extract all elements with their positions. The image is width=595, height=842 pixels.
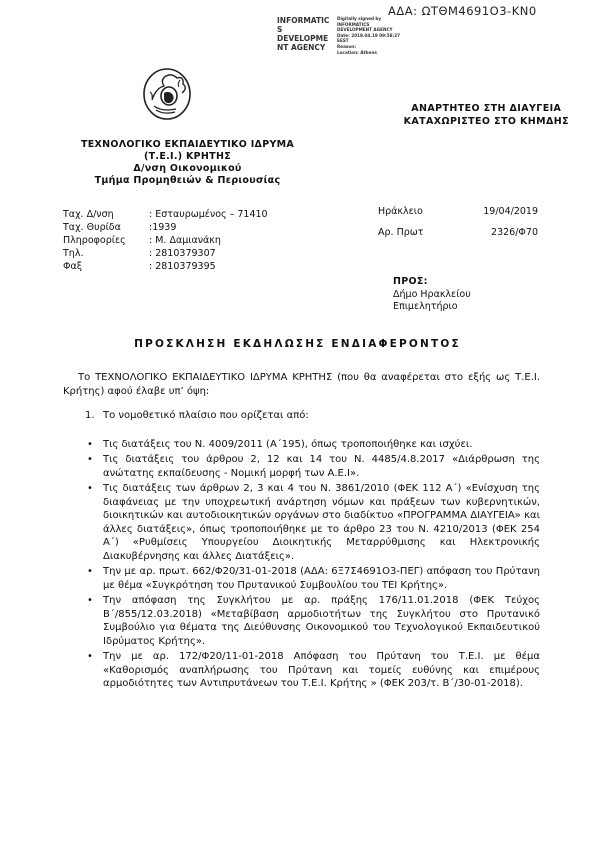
protocol-number: 2326/Φ70 xyxy=(491,227,538,238)
contact-label: Ταχ. Θυρίδα xyxy=(63,221,149,234)
city-label: Ηράκλειο xyxy=(378,206,423,217)
protocol-label: Αρ. Πρωτ xyxy=(378,227,423,238)
list-item: Την απόφαση της Συγκλήτου με αρ. πράξης … xyxy=(85,594,540,648)
institution-department: Τμήμα Προμηθειών & Περιουσίας xyxy=(50,175,325,187)
contact-label: Τηλ. xyxy=(63,247,149,260)
digital-signature-stamp: INFORMATICS DEVELOPMENT AGENCY Digitally… xyxy=(277,16,400,55)
list-item: Τις διατάξεις του Ν. 4009/2011 (Α΄195), … xyxy=(85,438,540,452)
institution-name-line-1: ΤΕΧΝΟΛΟΓΙΚΟ ΕΚΠΑΙΔΕΥΤΙΚΟ ΙΔΡΥΜΑ xyxy=(50,139,325,151)
signature-detail-line: Location: Athens xyxy=(337,50,400,56)
signature-details: Digitally signed by INFORMATICS DEVELOPM… xyxy=(337,16,400,55)
contact-value: : 2810379307 xyxy=(149,247,216,260)
numbered-item: 1. Το νομοθετικό πλαίσιο που ορίζεται απ… xyxy=(85,409,540,423)
contact-row: Τηλ. : 2810379307 xyxy=(63,247,268,260)
contact-value: : 2810379395 xyxy=(149,260,216,273)
contact-row: Πληροφορίες : Μ. Δαμιανάκη xyxy=(63,234,268,247)
contact-label: Ταχ. Δ/νση xyxy=(63,208,149,221)
diavgeia-line-2: ΚΑΤΑΧΩΡΙΣΤΕΟ ΣΤΟ ΚΗΜΔΗΣ xyxy=(404,115,569,128)
protocol-info: Ηράκλειο 19/04/2019 Αρ. Πρωτ 2326/Φ70 xyxy=(378,206,538,248)
contact-value: : Μ. Δαμιανάκη xyxy=(149,234,221,247)
recipient-block: ΠΡΟΣ: Δήμο Ηρακλείου Επιμελητήριο xyxy=(393,276,471,314)
contact-row: Ταχ. Δ/νση : Εσταυρωμένος – 71410 xyxy=(63,208,268,221)
institution-seal-icon xyxy=(142,66,192,122)
ada-code: ΑΔΑ: ΩΤΘΜ4691Ο3-ΚΝ0 xyxy=(388,4,537,18)
recipient-line: Επιμελητήριο xyxy=(393,301,471,314)
numbered-item-text: Το νομοθετικό πλαίσιο που ορίζεται από: xyxy=(103,409,309,423)
intro-paragraph: Το ΤΕΧΝΟΛΟΓΙΚΟ ΕΚΠΑΙΔΕΥΤΙΚΟ ΙΔΡΥΜΑ ΚΡΗΤΗ… xyxy=(63,371,540,398)
protocol-row-number: Αρ. Πρωτ 2326/Φ70 xyxy=(378,227,538,238)
recipient-line: Δήμο Ηρακλείου xyxy=(393,289,471,302)
document-date: 19/04/2019 xyxy=(483,206,538,217)
institution-name-line-2: (Τ.Ε.Ι.) ΚΡΗΤΗΣ xyxy=(50,151,325,163)
contact-info: Ταχ. Δ/νση : Εσταυρωμένος – 71410 Ταχ. Θ… xyxy=(63,208,268,273)
protocol-row-date: Ηράκλειο 19/04/2019 xyxy=(378,206,538,217)
list-item: Την με αρ. πρωτ. 662/Φ20/31-01-2018 (ΑΔΑ… xyxy=(85,565,540,592)
contact-label: Φαξ xyxy=(63,260,149,273)
document-body: Το ΤΕΧΝΟΛΟΓΙΚΟ ΕΚΠΑΙΔΕΥΤΙΚΟ ΙΔΡΥΜΑ ΚΡΗΤΗ… xyxy=(63,371,540,693)
numbered-item-number: 1. xyxy=(85,409,103,423)
document-page: ΑΔΑ: ΩΤΘΜ4691Ο3-ΚΝ0 INFORMATICS DEVELOPM… xyxy=(0,0,595,842)
contact-value: :1939 xyxy=(149,221,176,234)
institution-header: ΤΕΧΝΟΛΟΓΙΚΟ ΕΚΠΑΙΔΕΥΤΙΚΟ ΙΔΡΥΜΑ (Τ.Ε.Ι.)… xyxy=(50,139,325,187)
list-item: Την με αρ. 172/Φ20/11-01-2018 Απόφαση το… xyxy=(85,650,540,691)
diavgeia-notice: ΑΝΑΡΤΗΤΕΟ ΣΤΗ ΔΙΑΥΓΕΙΑ ΚΑΤΑΧΩΡΙΣΤΕΟ ΣΤΟ … xyxy=(404,102,569,128)
contact-value: : Εσταυρωμένος – 71410 xyxy=(149,208,268,221)
contact-row: Φαξ : 2810379395 xyxy=(63,260,268,273)
contact-label: Πληροφορίες xyxy=(63,234,149,247)
legal-bullet-list: Τις διατάξεις του Ν. 4009/2011 (Α΄195), … xyxy=(63,438,540,691)
signature-detail-line: DEVELOPMENT AGENCY xyxy=(337,27,400,33)
contact-row: Ταχ. Θυρίδα :1939 xyxy=(63,221,268,234)
recipient-heading: ΠΡΟΣ: xyxy=(393,276,471,289)
list-item: Τις διατάξεις του άρθρου 2, 12 και 14 το… xyxy=(85,453,540,480)
signature-agency-name: INFORMATICS DEVELOPMENT AGENCY xyxy=(277,16,333,55)
document-title: ΠΡΟΣΚΛΗΣΗ ΕΚΔΗΛΩΣΗΣ ΕΝΔΙΑΦΕΡΟΝΤΟΣ xyxy=(0,338,595,350)
diavgeia-line-1: ΑΝΑΡΤΗΤΕΟ ΣΤΗ ΔΙΑΥΓΕΙΑ xyxy=(404,102,569,115)
list-item: Τις διατάξεις των άρθρων 2, 3 και 4 του … xyxy=(85,482,540,563)
institution-directorate: Δ/νση Οικονομικού xyxy=(50,163,325,175)
